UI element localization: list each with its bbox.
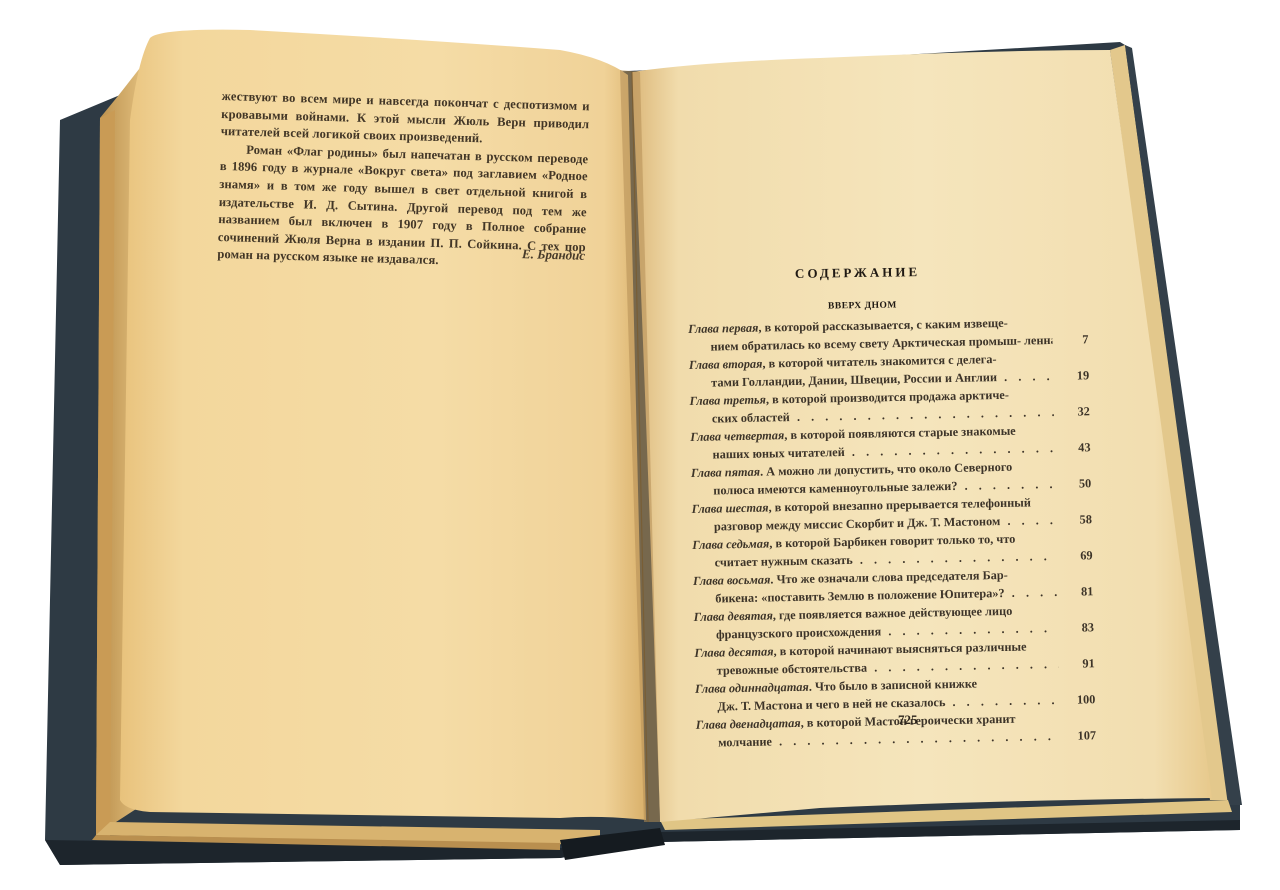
chapter-label: Глава четвертая bbox=[690, 428, 784, 444]
chapter-label: Глава десятая bbox=[694, 644, 773, 660]
page-ref: 69 bbox=[1058, 546, 1092, 565]
page-ref: 19 bbox=[1055, 366, 1089, 385]
page-ref: 107 bbox=[1062, 726, 1096, 745]
chapter-label: Глава третья bbox=[689, 393, 766, 408]
chapter-label: Глава седьмая bbox=[692, 536, 769, 551]
chapter-label: Глава пятая bbox=[691, 465, 760, 480]
chapter-label: Глава девятая bbox=[694, 608, 773, 624]
chapter-label: Глава восьмая bbox=[693, 572, 771, 587]
chapter-label: Глава шестая bbox=[691, 500, 768, 515]
page-ref: 58 bbox=[1058, 510, 1092, 529]
page-ref: 7 bbox=[1054, 330, 1088, 349]
chapter-label: Глава первая bbox=[688, 321, 758, 336]
page-ref: 43 bbox=[1056, 438, 1090, 457]
author-signature: Е. Брандис bbox=[522, 246, 586, 264]
chapter-label: Глава двенадцатая bbox=[696, 716, 801, 732]
chapter-label: Глава вторая bbox=[689, 357, 763, 372]
toc-entry: Глава двенадцатая, в которой Мастон геро… bbox=[696, 708, 1097, 752]
table-of-contents: Глава первая, в которой рассказывается, … bbox=[688, 312, 1096, 752]
page-ref: 81 bbox=[1059, 582, 1093, 601]
page-ref: 91 bbox=[1060, 654, 1094, 673]
page-ref: 32 bbox=[1056, 402, 1090, 421]
page-number: 725 bbox=[898, 712, 918, 728]
toc-subtitle: ВВЕРХ ДНОМ bbox=[828, 301, 897, 312]
page-ref: 50 bbox=[1057, 474, 1091, 493]
page-ref: 100 bbox=[1061, 690, 1095, 709]
chapter-label: Глава одиннадцатая bbox=[695, 680, 809, 696]
toc-title: СОДЕРЖАНИЕ bbox=[795, 264, 920, 282]
page-ref: 83 bbox=[1060, 618, 1094, 637]
